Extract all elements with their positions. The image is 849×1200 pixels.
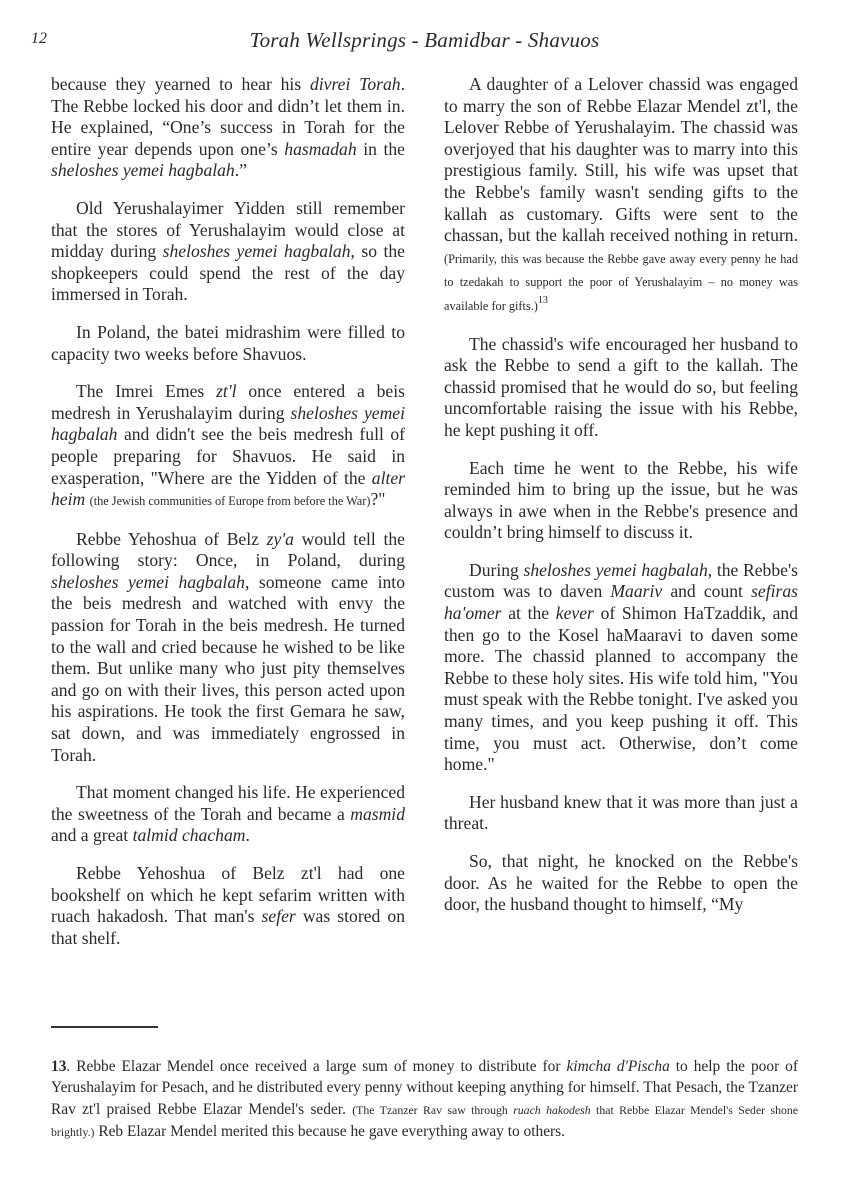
paragraph: A daughter of a Lelover chassid was enga… <box>444 74 798 318</box>
footnote-reference[interactable]: 13 <box>538 295 548 306</box>
text: ?" <box>370 489 385 509</box>
paragraph: Rebbe Yehoshua of Belz zt'l had one book… <box>51 863 405 949</box>
footnote-number: 13 <box>51 1058 66 1075</box>
italic-term: masmid <box>350 804 405 824</box>
italic-term: ruach hakodesh <box>513 1103 590 1117</box>
text: So, that night, he knocked on the Rebbe'… <box>444 851 798 914</box>
text: The chassid's wife encouraged her husban… <box>444 334 798 440</box>
italic-term: zt'l <box>216 381 236 401</box>
paragraph: Each time he went to the Rebbe, his wife… <box>444 458 798 544</box>
paragraph: So, that night, he knocked on the Rebbe'… <box>444 851 798 916</box>
paragraph: because they yearned to hear his divrei … <box>51 74 405 182</box>
paragraph: The Imrei Emes zt'l once entered a beis … <box>51 381 405 513</box>
text: A daughter of a Lelover chassid was enga… <box>444 74 798 245</box>
parenthetical-note: (Primarily, this was because the Rebbe g… <box>444 252 798 313</box>
italic-term: sefer <box>262 906 296 926</box>
text: During <box>469 560 524 580</box>
text: Each time he went to the Rebbe, his wife… <box>444 458 798 543</box>
italic-term: zy'a <box>267 529 294 549</box>
text: Reb Elazar Mendel merited this because h… <box>94 1123 565 1140</box>
text: . Rebbe Elazar Mendel once received a la… <box>66 1058 566 1075</box>
paragraph: Rebbe Yehoshua of Belz zy'a would tell t… <box>51 529 405 767</box>
text: of Shimon HaTzaddik, and then go to the … <box>444 603 798 774</box>
text: .” <box>235 160 247 180</box>
italic-term: sheloshes yemei hagbalah <box>163 241 351 261</box>
left-column: because they yearned to hear his divrei … <box>51 74 405 965</box>
text: Rebbe Yehoshua of Belz <box>76 529 267 549</box>
italic-term: Maariv <box>610 581 662 601</box>
italic-term: talmid chacham <box>133 825 246 845</box>
paragraph: Old Yerushalayimer Yidden still remember… <box>51 198 405 306</box>
italic-term: sheloshes yemei hagbalah <box>51 160 235 180</box>
paragraph: During sheloshes yemei hagbalah, the Reb… <box>444 560 798 776</box>
page-header: 12 Torah Wellsprings - Bamidbar - Shavuo… <box>0 28 849 54</box>
italic-term: hasmadah <box>284 139 356 159</box>
right-column: A daughter of a Lelover chassid was enga… <box>444 74 798 932</box>
italic-term: sheloshes yemei hagbalah <box>524 560 708 580</box>
text: . <box>245 825 249 845</box>
text: The Imrei Emes <box>76 381 216 401</box>
text: and count <box>662 581 751 601</box>
text: , someone came into the beis medresh and… <box>51 572 405 765</box>
parenthetical-note: (The Tzanzer Rav saw through <box>352 1103 513 1117</box>
parenthetical-note: (the Jewish communities of Europe from b… <box>90 494 371 508</box>
text: Her husband knew that it was more than j… <box>444 792 798 834</box>
running-title: Torah Wellsprings - Bamidbar - Shavuos <box>0 28 849 53</box>
text: in the <box>357 139 405 159</box>
italic-term: kever <box>556 603 594 623</box>
footnote-separator <box>51 1026 158 1028</box>
text: at the <box>502 603 556 623</box>
text: and a great <box>51 825 133 845</box>
paragraph: In Poland, the batei midrashim were fill… <box>51 322 405 365</box>
italic-term: kimcha d'Pischa <box>566 1058 669 1075</box>
italic-term: divrei Torah <box>310 74 401 94</box>
paragraph: Her husband knew that it was more than j… <box>444 792 798 835</box>
paragraph: The chassid's wife encouraged her husban… <box>444 334 798 442</box>
footnote: 13. Rebbe Elazar Mendel once received a … <box>51 1056 798 1144</box>
text: In Poland, the batei midrashim were fill… <box>51 322 405 364</box>
text: because they yearned to hear his <box>51 74 310 94</box>
italic-term: sheloshes yemei hagbalah <box>51 572 245 592</box>
paragraph: That moment changed his life. He experie… <box>51 782 405 847</box>
